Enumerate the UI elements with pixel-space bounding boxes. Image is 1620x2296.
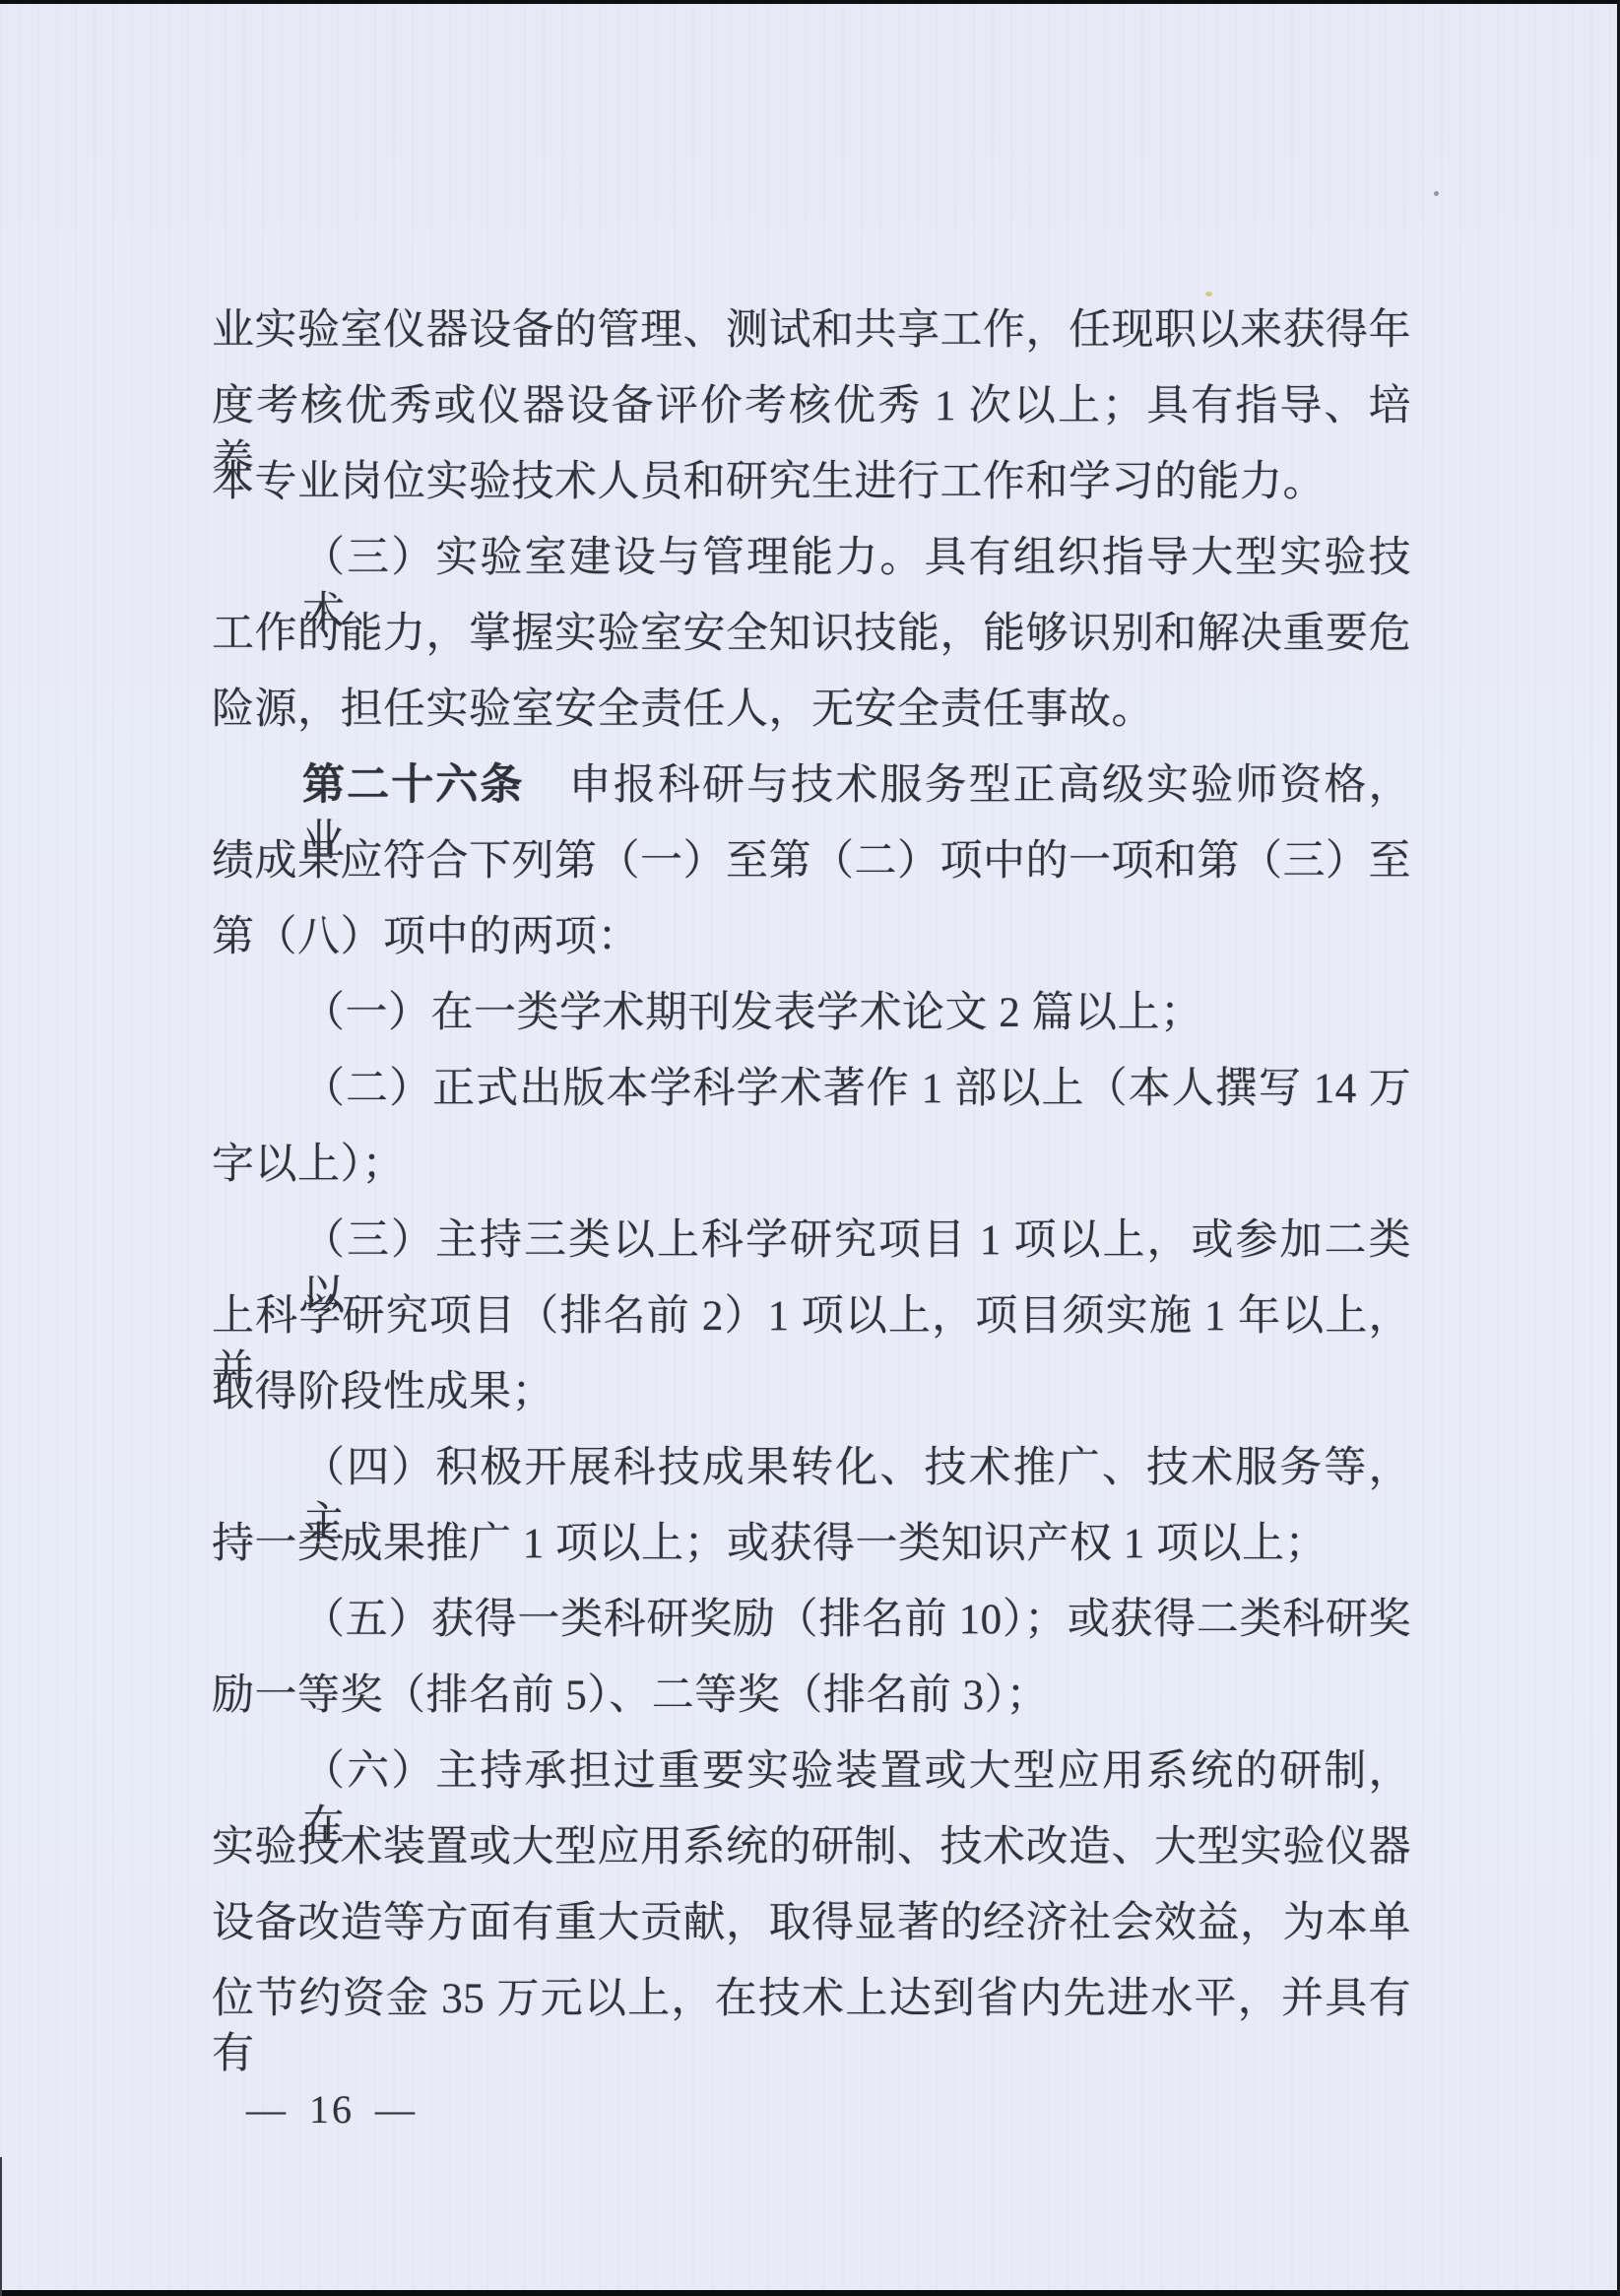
scan-speck-gray	[1434, 191, 1439, 196]
scan-edge-left	[0, 2157, 2, 2296]
text-line-23: 位节约资金 35 万元以上，在技术上达到省内先进水平，并具有有	[212, 1972, 1411, 2027]
text-line-17: 持一类成果推广 1 项以上；或获得一类知识产权 1 项以上；	[212, 1517, 1411, 1572]
scan-edge-top	[0, 0, 1620, 4]
document-page: 业实验室仪器设备的管理、测试和共享工作，任现职以来获得年度考核优秀或仪器设备评价…	[0, 0, 1620, 2296]
text-line-12: 字以上）；	[212, 1138, 1411, 1193]
text-line-16: （四）积极开展科技成果转化、技术推广、技术服务等，主	[212, 1441, 1411, 1496]
text-line-18: （五）获得一类科研奖励（排名前 10）；或获得二类科研奖	[212, 1593, 1411, 1648]
scan-speck-yellow	[1205, 292, 1212, 296]
text-line-7: 第二十六条 申报科研与技术服务型正高级实验师资格，业	[212, 758, 1411, 814]
text-line-22: 设备改造等方面有重大贡献，取得显著的经济社会效益，为本单	[212, 1896, 1411, 1951]
text-line-4: （三）实验室建设与管理能力。具有组织指导大型实验技术	[212, 531, 1411, 586]
text-line-8: 绩成果应符合下列第（一）至第（二）项中的一项和第（三）至	[212, 834, 1411, 889]
text-line-15: 取得阶段性成果；	[212, 1365, 1411, 1420]
text-line-20: （六）主持承担过重要实验装置或大型应用系统的研制，在	[212, 1744, 1411, 1800]
scan-edge-bottom	[0, 2290, 1620, 2296]
text-line-21: 实验技术装置或大型应用系统的研制、技术改造、大型实验仪器	[212, 1820, 1411, 1875]
text-line-11: （二）正式出版本学科学术著作 1 部以上（本人撰写 14 万	[212, 1062, 1411, 1117]
text-line-5: 工作的能力，掌握实验室安全知识技能，能够识别和解决重要危	[212, 607, 1411, 662]
article-heading: 第二十六条	[302, 762, 525, 809]
text-line-1: 业实验室仪器设备的管理、测试和共享工作，任现职以来获得年	[212, 303, 1411, 359]
text-line-10: （一）在一类学术期刊发表学术论文 2 篇以上；	[212, 986, 1411, 1041]
body-text: 业实验室仪器设备的管理、测试和共享工作，任现职以来获得年度考核优秀或仪器设备评价…	[0, 0, 1620, 2296]
text-line-9: 第（八）项中的两项：	[212, 910, 1411, 965]
text-line-6: 险源，担任实验室安全责任人，无安全责任事故。	[212, 683, 1411, 738]
text-line-3: 本专业岗位实验技术人员和研究生进行工作和学习的能力。	[212, 455, 1411, 510]
page-number: — 16 —	[246, 2088, 418, 2132]
text-line-19: 励一等奖（排名前 5）、二等奖（排名前 3）；	[212, 1669, 1411, 1724]
text-line-14: 上科学研究项目（排名前 2）1 项以上，项目须实施 1 年以上，并	[212, 1289, 1411, 1345]
text-line-2: 度考核优秀或仪器设备评价考核优秀 1 次以上；具有指导、培养	[212, 379, 1411, 434]
text-line-13: （三）主持三类以上科学研究项目 1 项以上，或参加二类以	[212, 1214, 1411, 1269]
